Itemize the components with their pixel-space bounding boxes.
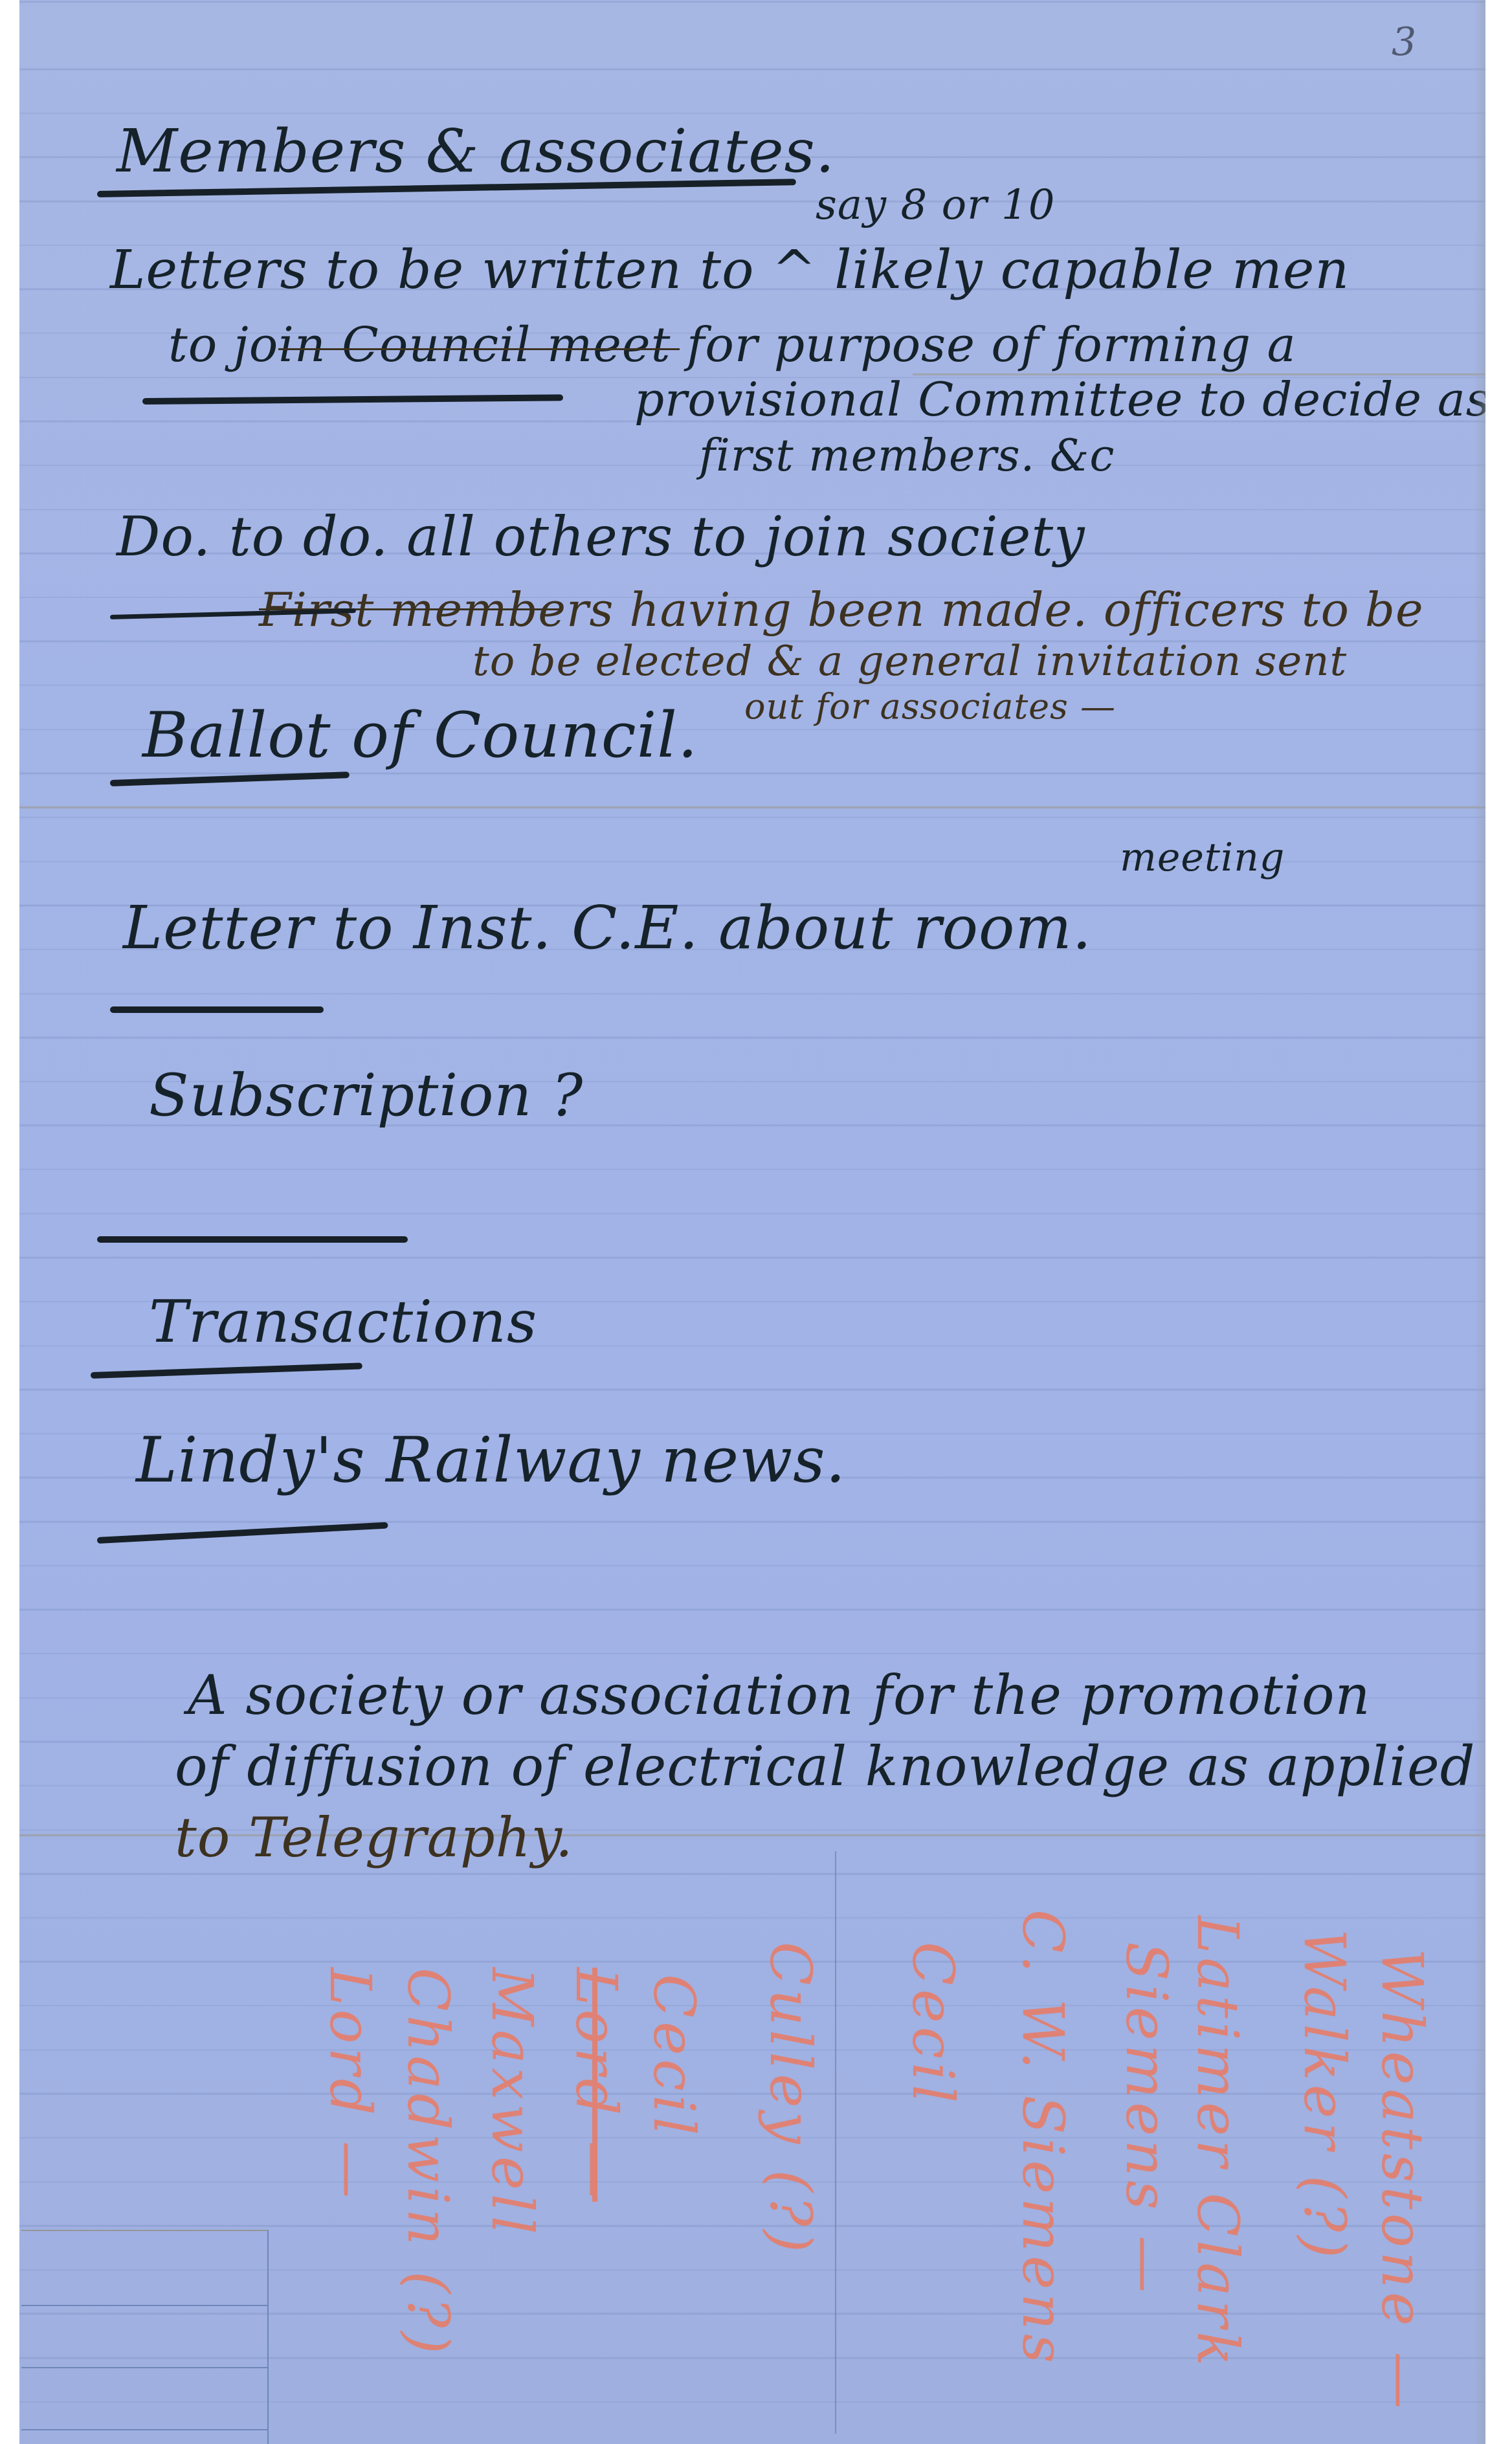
section-divider-4 bbox=[110, 1006, 324, 1013]
ditto-line: Do. to do. all others to join society bbox=[117, 505, 1085, 568]
associates-line: out for associates — bbox=[744, 686, 1116, 727]
red-name-crossed-out: Lord — bbox=[563, 1968, 630, 2202]
letters-line-3: provisional Committee to decide as bbox=[634, 372, 1485, 427]
society-line-1: A society or association for the promoti… bbox=[188, 1663, 1371, 1727]
insert-say-8-or-10: say 8 or 10 bbox=[816, 181, 1055, 229]
red-name-11: Lord — bbox=[317, 1968, 384, 2202]
red-name-10: Chadwin (?) bbox=[395, 1968, 461, 2358]
paper-crease bbox=[835, 1851, 836, 2434]
elected-line: to be elected & a general invitation sen… bbox=[472, 638, 1347, 685]
red-name-4: Siemens — bbox=[1113, 1942, 1180, 2296]
section-divider-1 bbox=[142, 394, 563, 405]
section-divider-7 bbox=[97, 1522, 388, 1544]
page-number: 3 bbox=[1392, 19, 1416, 65]
subscription-question: Subscription ? bbox=[149, 1061, 583, 1129]
manuscript-page: 3 Members & associates. say 8 or 10 Lett… bbox=[19, 0, 1485, 2444]
red-name-2: Walker (?) bbox=[1291, 1929, 1358, 2262]
red-name-cecil: Cecil bbox=[641, 1974, 707, 2139]
red-name-latimer-clark: Latimer Clark bbox=[1184, 1916, 1251, 2370]
red-name-6: Cecil bbox=[900, 1942, 966, 2107]
red-name-maxwell: Maxwell bbox=[479, 1968, 546, 2238]
letters-line-2: to join Council meet for purpose of form… bbox=[168, 317, 1296, 373]
letters-line-1: Letters to be written to ^ likely capabl… bbox=[110, 239, 1350, 301]
red-name-7: Culley (?) bbox=[757, 1942, 824, 2256]
letters-line-4: first members. &c bbox=[699, 430, 1115, 482]
society-line-2: of diffusion of electrical knowledge as … bbox=[175, 1735, 1476, 1798]
letter-inst-ce: Letter to Inst. C.E. about room. bbox=[123, 893, 1092, 962]
ruled-grid-box bbox=[21, 2230, 269, 2444]
heading-members-associates: Members & associates. bbox=[117, 117, 835, 186]
railway-news: Lindy's Railway news. bbox=[136, 1424, 846, 1496]
ballot-of-council: Ballot of Council. bbox=[142, 699, 698, 772]
society-line-3: to Telegraphy. bbox=[175, 1806, 573, 1869]
section-divider-5 bbox=[97, 1236, 408, 1243]
red-name-wheatstone: Wheatstone — bbox=[1369, 1948, 1436, 2412]
transactions: Transactions bbox=[149, 1288, 537, 1356]
fold-line-upper bbox=[19, 806, 1485, 809]
section-divider-6 bbox=[91, 1362, 362, 1379]
red-name-5: C. W. Siemens bbox=[1010, 1909, 1076, 2367]
section-divider-3 bbox=[110, 772, 350, 786]
insert-meeting: meeting bbox=[1120, 835, 1285, 880]
strikethrough-join-council bbox=[278, 348, 680, 350]
